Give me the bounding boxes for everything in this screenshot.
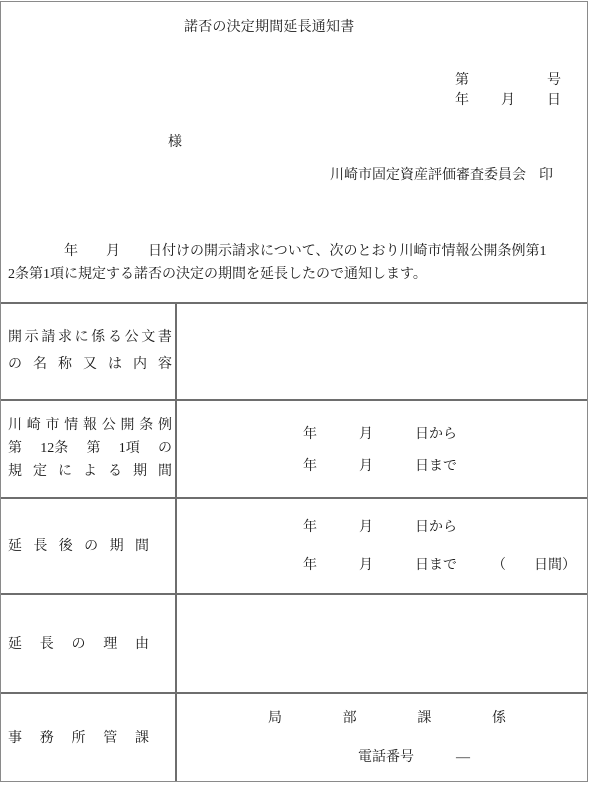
notice-document: 諾否の決定期間延長通知書 第号 年月日 様 川崎市固定資産評価審査委員会 印 年…: [0, 0, 592, 791]
extended-period-from-line: 年 月 日から: [303, 519, 457, 536]
row-label-line: 第12条第1項の: [8, 437, 172, 460]
extended-period-until-line: 年 月 日まで （ 日間）: [303, 557, 576, 574]
table-column-divider: [175, 302, 177, 781]
row-label-extension-reason: 延長の理由: [8, 593, 149, 692]
office-phone-line: 電話番号 ―: [358, 749, 470, 766]
row-label-line: 延長後の期間: [8, 535, 149, 555]
statutory-period-from-line: 年 月 日から: [303, 426, 457, 443]
row-label-line: の名称又は内容: [8, 351, 172, 378]
document-date-line: 年月日: [455, 92, 561, 109]
row-label-line: 延長の理由: [8, 633, 149, 653]
issuer-line: 川崎市固定資産評価審査委員会 印: [330, 167, 553, 184]
row-label-statutory-period: 川崎市情報公開条例 第12条第1項の 規定による期間: [8, 399, 172, 497]
row-label-line: 開示請求に係る公文書: [8, 324, 172, 351]
statutory-period-until-line: 年 月 日まで: [303, 458, 457, 475]
row-label-extended-period: 延長後の期間: [8, 497, 149, 593]
seal-mark: 印: [539, 167, 553, 184]
body-line-2: 2条第1項に規定する諾否の決定の期間を延長したので通知します。: [8, 266, 427, 283]
body-line-1: 年 月 日付けの開示請求について、次のとおり川崎市情報公開条例第1: [8, 243, 546, 260]
addressee-suffix: 様: [168, 134, 182, 151]
issuer-name: 川崎市固定資産評価審査委員会: [330, 167, 526, 184]
row-label-requested-documents: 開示請求に係る公文書 の名称又は内容: [8, 302, 172, 399]
document-number-line: 第号: [455, 72, 561, 89]
row-label-office-in-charge: 事務所管課: [8, 692, 149, 781]
row-label-line: 川崎市情報公開条例: [8, 414, 172, 437]
document-title: 諾否の決定期間延長通知書: [184, 19, 354, 36]
row-label-line: 事務所管課: [8, 727, 149, 747]
row-label-line: 規定による期間: [8, 460, 172, 483]
office-org-units-line: 局部課係: [268, 710, 506, 727]
